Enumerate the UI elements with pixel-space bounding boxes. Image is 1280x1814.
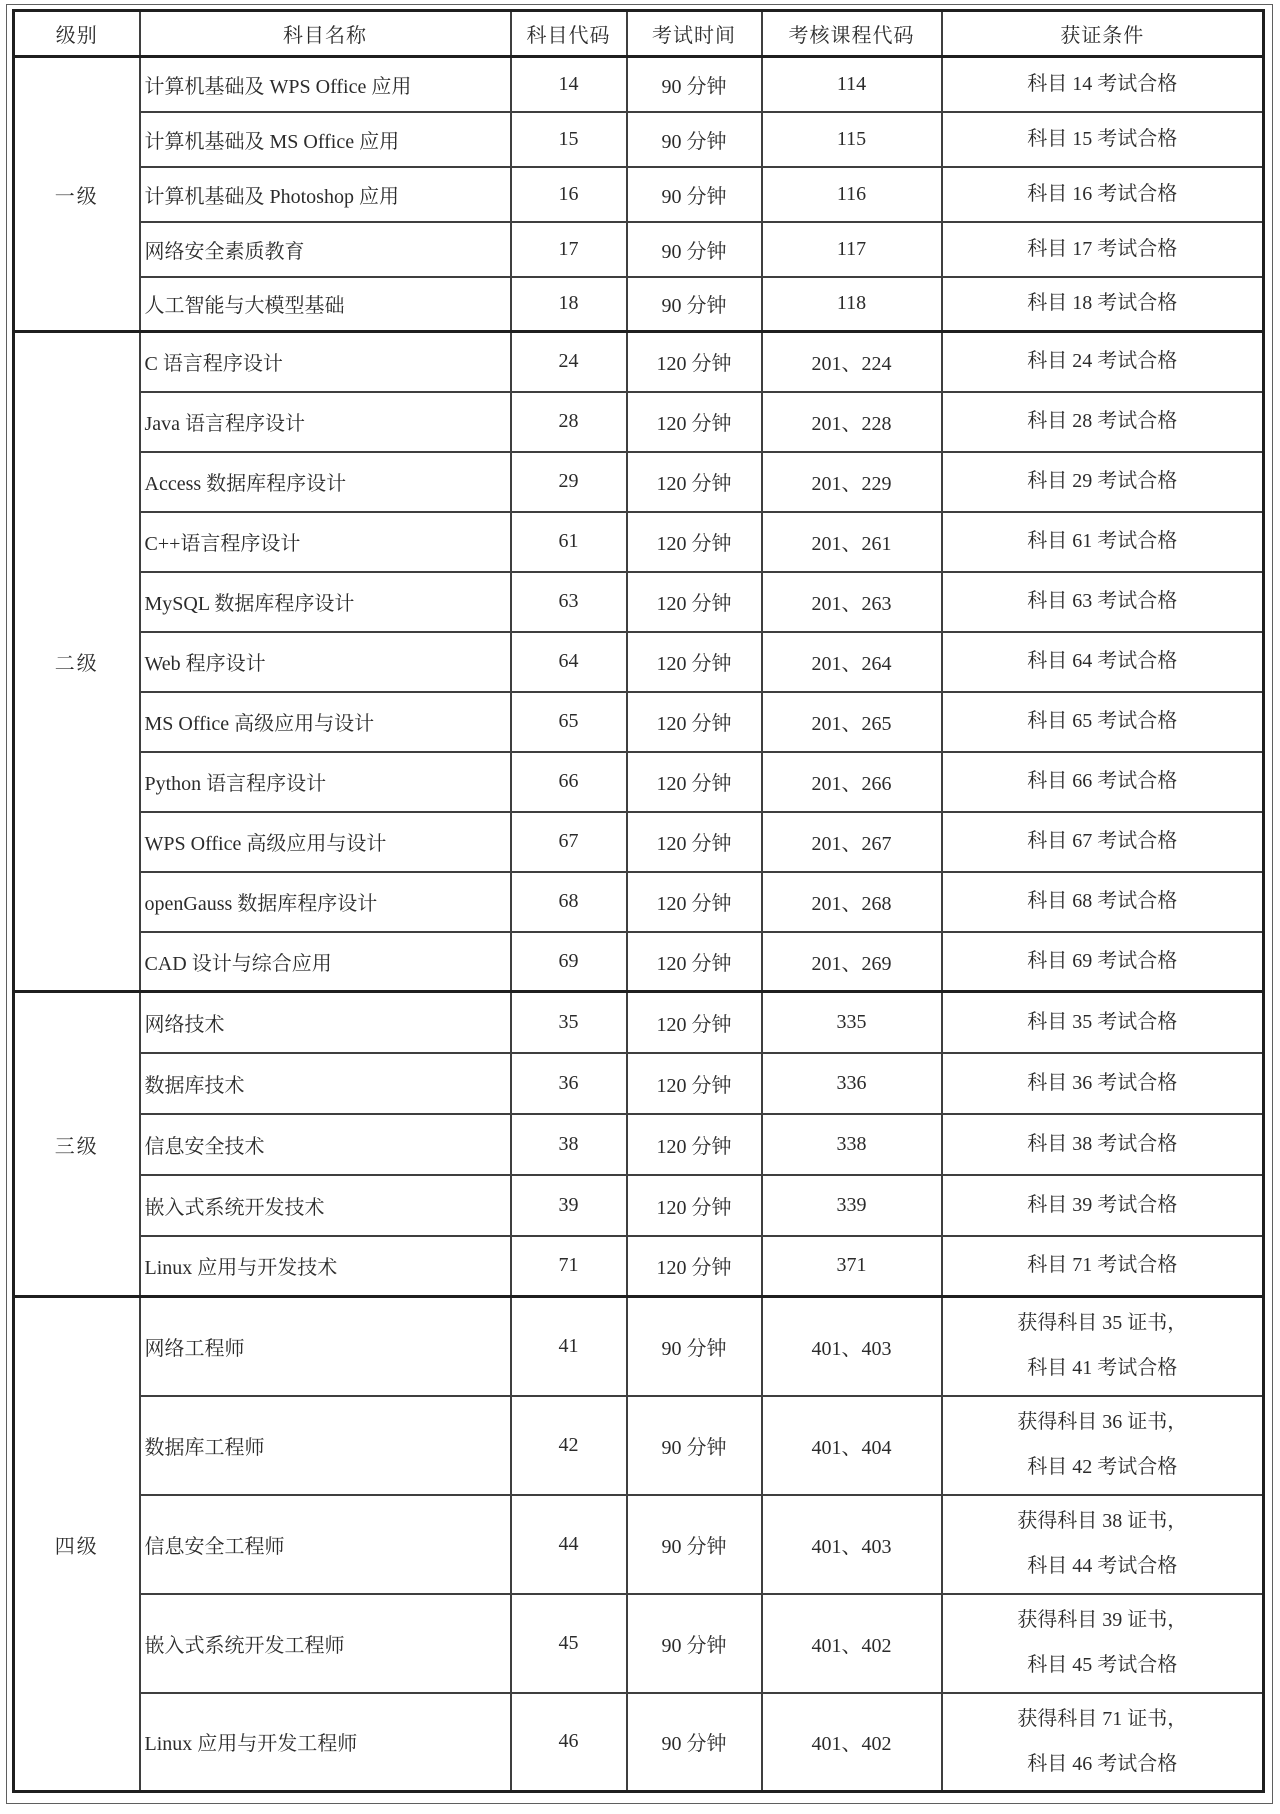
course-codes-cell: 201、228 [762,392,942,452]
level-cell: 三级 [14,992,140,1297]
table-row: C++语言程序设计61120 分钟201、261科目 61 考试合格 [14,512,1264,572]
subject-name-cell: WPS Office 高级应用与设计 [140,812,511,872]
table-row: 信息安全工程师4490 分钟401、403获得科目 38 证书，科目 44 考试… [14,1495,1264,1594]
subject-code-cell: 14 [511,57,627,112]
condition-cell: 科目 69 考试合格 [942,932,1264,992]
condition-line: 科目 35 考试合格 [943,1009,1263,1036]
course-codes-cell: 201、264 [762,632,942,692]
course-codes-cell: 201、265 [762,692,942,752]
condition-cell: 科目 18 考试合格 [942,277,1264,332]
subject-name-cell: C 语言程序设计 [140,332,511,392]
subject-code-cell: 44 [511,1495,627,1594]
subject-code-cell: 46 [511,1693,627,1792]
condition-cell: 科目 28 考试合格 [942,392,1264,452]
condition-line: 科目 63 考试合格 [943,588,1263,615]
header-exam-time: 考试时间 [627,11,762,57]
condition-line: 获得科目 35 证书， [943,1301,1263,1346]
subject-code-cell: 38 [511,1114,627,1175]
condition-line: 科目 67 考试合格 [943,828,1263,855]
table-row: Python 语言程序设计66120 分钟201、266科目 66 考试合格 [14,752,1264,812]
subject-name-cell: 数据库技术 [140,1053,511,1114]
table-row: CAD 设计与综合应用69120 分钟201、269科目 69 考试合格 [14,932,1264,992]
condition-line: 科目 46 考试合格 [943,1742,1263,1787]
subject-name-cell: 数据库工程师 [140,1396,511,1495]
subject-name-cell: 网络技术 [140,992,511,1053]
subject-name-cell: 人工智能与大模型基础 [140,277,511,332]
exam-time-cell: 120 分钟 [627,512,762,572]
header-row: 级别 科目名称 科目代码 考试时间 考核课程代码 获证条件 [14,11,1264,57]
condition-cell: 科目 71 考试合格 [942,1236,1264,1297]
condition-line: 科目 24 考试合格 [943,348,1263,375]
level-cell: 四级 [14,1297,140,1792]
exam-time-cell: 90 分钟 [627,1594,762,1693]
condition-cell: 科目 15 考试合格 [942,112,1264,167]
condition-line: 科目 71 考试合格 [943,1252,1263,1279]
subject-name-cell: MySQL 数据库程序设计 [140,572,511,632]
condition-cell: 科目 35 考试合格 [942,992,1264,1053]
header-course-codes: 考核课程代码 [762,11,942,57]
exam-time-cell: 120 分钟 [627,1053,762,1114]
course-codes-cell: 201、263 [762,572,942,632]
table-row: 计算机基础及 Photoshop 应用1690 分钟116科目 16 考试合格 [14,167,1264,222]
condition-line: 科目 16 考试合格 [943,181,1263,208]
header-level: 级别 [14,11,140,57]
course-codes-cell: 201、261 [762,512,942,572]
table-row: 数据库技术36120 分钟336科目 36 考试合格 [14,1053,1264,1114]
subject-name-cell: Java 语言程序设计 [140,392,511,452]
condition-line: 科目 39 考试合格 [943,1192,1263,1219]
table-row: 信息安全技术38120 分钟338科目 38 考试合格 [14,1114,1264,1175]
exam-time-cell: 90 分钟 [627,277,762,332]
course-codes-cell: 201、224 [762,332,942,392]
subject-name-cell: 计算机基础及 Photoshop 应用 [140,167,511,222]
course-codes-cell: 116 [762,167,942,222]
condition-cell: 科目 16 考试合格 [942,167,1264,222]
subject-code-cell: 63 [511,572,627,632]
exam-time-cell: 120 分钟 [627,812,762,872]
condition-cell: 科目 63 考试合格 [942,572,1264,632]
exam-time-cell: 120 分钟 [627,572,762,632]
condition-line: 科目 29 考试合格 [943,468,1263,495]
subject-code-cell: 28 [511,392,627,452]
condition-line: 科目 45 考试合格 [943,1643,1263,1688]
subject-code-cell: 66 [511,752,627,812]
course-codes-cell: 118 [762,277,942,332]
condition-line: 获得科目 36 证书， [943,1400,1263,1445]
table-row: MS Office 高级应用与设计65120 分钟201、265科目 65 考试… [14,692,1264,752]
course-codes-cell: 401、402 [762,1594,942,1693]
subject-name-cell: 网络安全素质教育 [140,222,511,277]
table-row: WPS Office 高级应用与设计67120 分钟201、267科目 67 考… [14,812,1264,872]
exam-time-cell: 120 分钟 [627,992,762,1053]
exam-time-cell: 90 分钟 [627,1396,762,1495]
subject-name-cell: 信息安全工程师 [140,1495,511,1594]
subject-code-cell: 15 [511,112,627,167]
subject-code-cell: 67 [511,812,627,872]
condition-cell: 科目 38 考试合格 [942,1114,1264,1175]
exam-time-cell: 90 分钟 [627,57,762,112]
exam-time-cell: 90 分钟 [627,167,762,222]
table-header: 级别 科目名称 科目代码 考试时间 考核课程代码 获证条件 [14,11,1264,57]
subject-name-cell: 嵌入式系统开发技术 [140,1175,511,1236]
subject-code-cell: 36 [511,1053,627,1114]
table-row: openGauss 数据库程序设计68120 分钟201、268科目 68 考试… [14,872,1264,932]
exam-time-cell: 120 分钟 [627,632,762,692]
condition-line: 获得科目 38 证书， [943,1499,1263,1544]
condition-line: 科目 65 考试合格 [943,708,1263,735]
table-row: Linux 应用与开发工程师4690 分钟401、402获得科目 71 证书，科… [14,1693,1264,1792]
subject-code-cell: 42 [511,1396,627,1495]
subject-name-cell: C++语言程序设计 [140,512,511,572]
subject-name-cell: Linux 应用与开发技术 [140,1236,511,1297]
course-codes-cell: 114 [762,57,942,112]
condition-line: 科目 38 考试合格 [943,1131,1263,1158]
condition-cell: 科目 17 考试合格 [942,222,1264,277]
course-codes-cell: 201、229 [762,452,942,512]
condition-cell: 科目 24 考试合格 [942,332,1264,392]
condition-line: 科目 41 考试合格 [943,1346,1263,1391]
condition-cell: 科目 68 考试合格 [942,872,1264,932]
course-codes-cell: 338 [762,1114,942,1175]
exam-time-cell: 90 分钟 [627,1297,762,1396]
subject-code-cell: 65 [511,692,627,752]
subject-code-cell: 16 [511,167,627,222]
course-codes-cell: 335 [762,992,942,1053]
condition-line: 科目 36 考试合格 [943,1070,1263,1097]
course-codes-cell: 115 [762,112,942,167]
exam-time-cell: 120 分钟 [627,1114,762,1175]
level-cell: 一级 [14,57,140,332]
exam-time-cell: 90 分钟 [627,1495,762,1594]
subject-code-cell: 71 [511,1236,627,1297]
condition-cell: 科目 65 考试合格 [942,692,1264,752]
condition-cell: 获得科目 39 证书，科目 45 考试合格 [942,1594,1264,1693]
subject-code-cell: 69 [511,932,627,992]
table-row: 四级网络工程师4190 分钟401、403获得科目 35 证书，科目 41 考试… [14,1297,1264,1396]
level-cell: 二级 [14,332,140,992]
table-row: 嵌入式系统开发技术39120 分钟339科目 39 考试合格 [14,1175,1264,1236]
condition-line: 科目 14 考试合格 [943,71,1263,98]
subject-name-cell: openGauss 数据库程序设计 [140,872,511,932]
subject-name-cell: MS Office 高级应用与设计 [140,692,511,752]
condition-line: 科目 42 考试合格 [943,1445,1263,1490]
condition-line: 科目 17 考试合格 [943,236,1263,263]
subject-name-cell: 计算机基础及 MS Office 应用 [140,112,511,167]
exam-time-cell: 90 分钟 [627,112,762,167]
condition-line: 获得科目 71 证书， [943,1697,1263,1742]
subject-code-cell: 68 [511,872,627,932]
subject-code-cell: 35 [511,992,627,1053]
course-codes-cell: 201、269 [762,932,942,992]
condition-line: 科目 61 考试合格 [943,528,1263,555]
course-codes-cell: 201、266 [762,752,942,812]
condition-cell: 科目 67 考试合格 [942,812,1264,872]
subject-name-cell: 嵌入式系统开发工程师 [140,1594,511,1693]
subject-name-cell: Access 数据库程序设计 [140,452,511,512]
table-row: 嵌入式系统开发工程师4590 分钟401、402获得科目 39 证书，科目 45… [14,1594,1264,1693]
exam-time-cell: 120 分钟 [627,392,762,452]
exam-time-cell: 90 分钟 [627,1693,762,1792]
condition-cell: 获得科目 71 证书，科目 46 考试合格 [942,1693,1264,1792]
subject-name-cell: 网络工程师 [140,1297,511,1396]
table-row: 计算机基础及 MS Office 应用1590 分钟115科目 15 考试合格 [14,112,1264,167]
condition-cell: 科目 66 考试合格 [942,752,1264,812]
header-cert-condition: 获证条件 [942,11,1264,57]
condition-cell: 获得科目 38 证书，科目 44 考试合格 [942,1495,1264,1594]
condition-cell: 获得科目 36 证书，科目 42 考试合格 [942,1396,1264,1495]
subject-name-cell: CAD 设计与综合应用 [140,932,511,992]
table-row: 二级C 语言程序设计24120 分钟201、224科目 24 考试合格 [14,332,1264,392]
exam-time-cell: 120 分钟 [627,692,762,752]
table-row: Access 数据库程序设计29120 分钟201、229科目 29 考试合格 [14,452,1264,512]
subject-name-cell: Web 程序设计 [140,632,511,692]
table-body: 一级计算机基础及 WPS Office 应用1490 分钟114科目 14 考试… [14,57,1264,1792]
exam-time-cell: 120 分钟 [627,752,762,812]
subject-code-cell: 39 [511,1175,627,1236]
condition-line: 科目 18 考试合格 [943,290,1263,317]
condition-cell: 获得科目 35 证书，科目 41 考试合格 [942,1297,1264,1396]
subject-code-cell: 41 [511,1297,627,1396]
subject-code-cell: 64 [511,632,627,692]
table-row: 网络安全素质教育1790 分钟117科目 17 考试合格 [14,222,1264,277]
course-codes-cell: 336 [762,1053,942,1114]
course-codes-cell: 201、268 [762,872,942,932]
table-row: 数据库工程师4290 分钟401、404获得科目 36 证书，科目 42 考试合… [14,1396,1264,1495]
header-subject-code: 科目代码 [511,11,627,57]
subject-name-cell: 信息安全技术 [140,1114,511,1175]
subject-name-cell: Python 语言程序设计 [140,752,511,812]
course-codes-cell: 401、403 [762,1297,942,1396]
subject-name-cell: 计算机基础及 WPS Office 应用 [140,57,511,112]
condition-line: 科目 69 考试合格 [943,948,1263,975]
condition-cell: 科目 61 考试合格 [942,512,1264,572]
header-subject-name: 科目名称 [140,11,511,57]
condition-line: 科目 28 考试合格 [943,408,1263,435]
condition-cell: 科目 36 考试合格 [942,1053,1264,1114]
subject-name-cell: Linux 应用与开发工程师 [140,1693,511,1792]
condition-line: 科目 15 考试合格 [943,126,1263,153]
subject-code-cell: 18 [511,277,627,332]
exam-time-cell: 120 分钟 [627,1236,762,1297]
course-codes-cell: 401、403 [762,1495,942,1594]
condition-line: 科目 64 考试合格 [943,648,1263,675]
condition-line: 科目 68 考试合格 [943,888,1263,915]
table-row: Web 程序设计64120 分钟201、264科目 64 考试合格 [14,632,1264,692]
condition-cell: 科目 39 考试合格 [942,1175,1264,1236]
course-codes-cell: 117 [762,222,942,277]
exam-time-cell: 120 分钟 [627,932,762,992]
subject-code-cell: 17 [511,222,627,277]
course-codes-cell: 401、404 [762,1396,942,1495]
table-row: Java 语言程序设计28120 分钟201、228科目 28 考试合格 [14,392,1264,452]
subject-code-cell: 61 [511,512,627,572]
course-codes-cell: 401、402 [762,1693,942,1792]
condition-line: 获得科目 39 证书， [943,1598,1263,1643]
subject-code-cell: 24 [511,332,627,392]
exam-time-cell: 90 分钟 [627,222,762,277]
exam-subject-table: 级别 科目名称 科目代码 考试时间 考核课程代码 获证条件 一级计算机基础及 W… [12,9,1265,1793]
condition-line: 科目 66 考试合格 [943,768,1263,795]
condition-cell: 科目 29 考试合格 [942,452,1264,512]
subject-code-cell: 45 [511,1594,627,1693]
table-row: 三级网络技术35120 分钟335科目 35 考试合格 [14,992,1264,1053]
course-codes-cell: 371 [762,1236,942,1297]
condition-cell: 科目 64 考试合格 [942,632,1264,692]
table-row: 人工智能与大模型基础1890 分钟118科目 18 考试合格 [14,277,1264,332]
course-codes-cell: 339 [762,1175,942,1236]
exam-time-cell: 120 分钟 [627,872,762,932]
exam-time-cell: 120 分钟 [627,452,762,512]
condition-cell: 科目 14 考试合格 [942,57,1264,112]
course-codes-cell: 201、267 [762,812,942,872]
exam-time-cell: 120 分钟 [627,1175,762,1236]
table-row: 一级计算机基础及 WPS Office 应用1490 分钟114科目 14 考试… [14,57,1264,112]
subject-code-cell: 29 [511,452,627,512]
table-row: Linux 应用与开发技术71120 分钟371科目 71 考试合格 [14,1236,1264,1297]
exam-time-cell: 120 分钟 [627,332,762,392]
table-row: MySQL 数据库程序设计63120 分钟201、263科目 63 考试合格 [14,572,1264,632]
condition-line: 科目 44 考试合格 [943,1544,1263,1589]
